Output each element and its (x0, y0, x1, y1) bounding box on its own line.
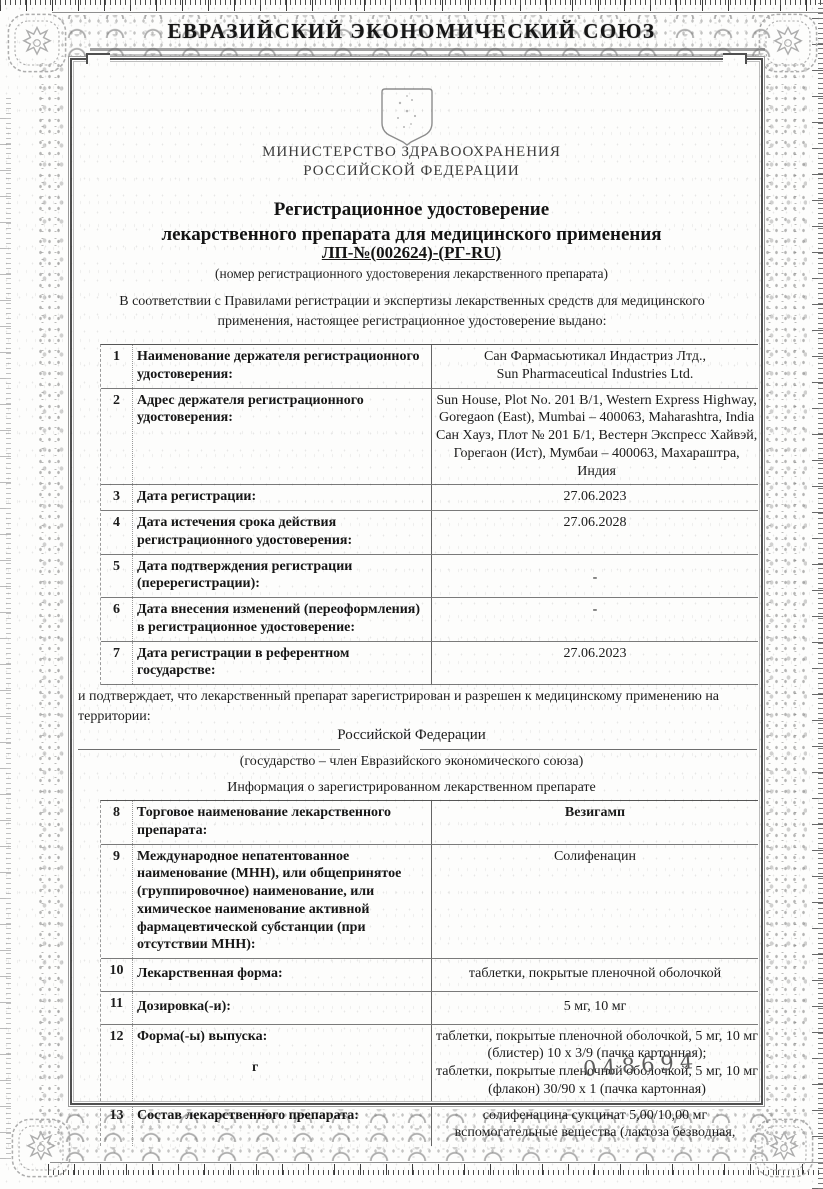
row-value: Солифенацин (431, 845, 758, 959)
row-value: таблетки, покрытые пленочной оболочкой (431, 959, 758, 991)
row-label: Лекарственная форма: (133, 959, 431, 991)
table-row: 7 Дата регистрации в референтном государ… (101, 642, 758, 686)
stray-mark: г (252, 1060, 258, 1076)
ministry-name: МИНИСТЕРСТВО ЗДРАВООХРАНЕНИЯ РОССИЙСКОЙ … (0, 143, 823, 181)
row-value: 27.06.2023 (431, 642, 758, 685)
registration-number-caption: (номер регистрационного удостоверения ле… (0, 266, 823, 282)
product-table: 8 Торговое наименование лекарственного п… (100, 800, 758, 1146)
ministry-name-line2: РОССИЙСКОЙ ФЕДЕРАЦИИ (0, 162, 823, 181)
row-label: Международное непатентованное наименован… (133, 845, 431, 959)
russia-coat-of-arms-icon (380, 87, 434, 149)
table-row: 2 Адрес держателя регистрационного удост… (101, 389, 758, 486)
row-value: - (431, 598, 758, 641)
bottom-ruler-ticks (48, 1164, 823, 1175)
holder-table: 1 Наименование держателя регистрационног… (100, 344, 758, 685)
row-number: 11 (101, 992, 133, 1024)
table-row: 11 Дозировка(-и): 5 мг, 10 мг (101, 992, 758, 1025)
table-row: 6 Дата внесения изменений (переоформлени… (101, 598, 758, 642)
row-number: 6 (101, 598, 133, 641)
table-row: 10 Лекарственная форма: таблетки, покрыт… (101, 959, 758, 992)
row-number: 3 (101, 485, 133, 510)
document-title: Регистрационное удостоверение лекарствен… (0, 197, 823, 247)
row-label: Дата истечения срока действия регистраци… (133, 511, 431, 554)
corner-rosette-bottom-right (751, 1113, 817, 1183)
row-label: Дата регистрации: (133, 485, 431, 510)
eaeu-union-title: ЕВРАЗИЙСКИЙ ЭКОНОМИЧЕСКИЙ СОЮЗ (0, 19, 823, 44)
certificate-page: ЕВРАЗИЙСКИЙ ЭКОНОМИЧЕСКИЙ СОЮЗ (0, 0, 823, 1189)
row-label: Дата внесения изменений (переоформления)… (133, 598, 431, 641)
ministry-name-line1: МИНИСТЕРСТВО ЗДРАВООХРАНЕНИЯ (0, 143, 823, 162)
table-row: 8 Торговое наименование лекарственного п… (101, 801, 758, 845)
row-number: 8 (101, 801, 133, 844)
top-rule-line (52, 12, 823, 13)
row-label: Торговое наименование лекарственного пре… (133, 801, 431, 844)
row-label: Адрес держателя регистрационного удостов… (133, 389, 431, 485)
row-number: 13 (101, 1104, 133, 1147)
row-number: 10 (101, 959, 133, 991)
row-number: 1 (101, 345, 133, 388)
row-number: 4 (101, 511, 133, 554)
row-value: Везигамп (431, 801, 758, 844)
confirmation-paragraph: и подтверждает, что лекарственный препар… (78, 687, 756, 726)
row-value: 27.06.2028 (431, 511, 758, 554)
row-value: - (431, 555, 758, 598)
table-row: 4 Дата истечения срока действия регистра… (101, 511, 758, 555)
table-row: 1 Наименование держателя регистрационног… (101, 345, 758, 389)
row-value: Sun House, Plot No. 201 B/1, Western Exp… (431, 389, 761, 485)
document-title-line1: Регистрационное удостоверение (0, 197, 823, 222)
table-row: 3 Дата регистрации: 27.06.2023 (101, 485, 758, 511)
row-value: 5 мг, 10 мг (431, 992, 758, 1024)
territory-underline (420, 749, 757, 750)
row-label: Дата подтверждения регистрации (перереги… (133, 555, 431, 598)
product-info-heading: Информация о зарегистрированном лекарств… (0, 780, 823, 796)
row-number: 9 (101, 845, 133, 959)
table-row: 13 Состав лекарственного препарата: соли… (101, 1104, 758, 1147)
territory-caption: (государство – член Евразийского экономи… (0, 754, 823, 770)
row-number: 2 (101, 389, 133, 485)
corner-rosette-bottom-left (8, 1113, 74, 1183)
intro-paragraph: В соответствии с Правилами регистрации и… (92, 292, 732, 331)
row-number: 12 (101, 1025, 133, 1103)
table-row: 9 Международное непатентованное наименов… (101, 845, 758, 960)
top-ruler-ticks (0, 0, 823, 11)
territory-underline (78, 749, 340, 750)
row-value: Сан Фармасьютикал Индастриз Лтд., Sun Ph… (431, 345, 758, 388)
territory-name: Российской Федерации (0, 727, 823, 744)
row-number: 7 (101, 642, 133, 685)
row-label: Состав лекарственного препарата: (133, 1104, 431, 1147)
row-label: Дозировка(-и): (133, 992, 431, 1024)
row-value: солифенацина сукцинат 5,00/10,00 мг вспо… (431, 1104, 758, 1147)
bottom-rule-line (50, 1162, 823, 1163)
row-label: Дата регистрации в референтном государст… (133, 642, 431, 685)
row-label: Наименование держателя регистрационного … (133, 345, 431, 388)
row-number: 5 (101, 555, 133, 598)
row-value: 27.06.2023 (431, 485, 758, 510)
row-label: Форма(-ы) выпуска: (133, 1025, 431, 1103)
registration-number: ЛП-№(002624)-(РГ-RU) (0, 243, 823, 263)
table-row: 5 Дата подтверждения регистрации (перере… (101, 555, 758, 599)
